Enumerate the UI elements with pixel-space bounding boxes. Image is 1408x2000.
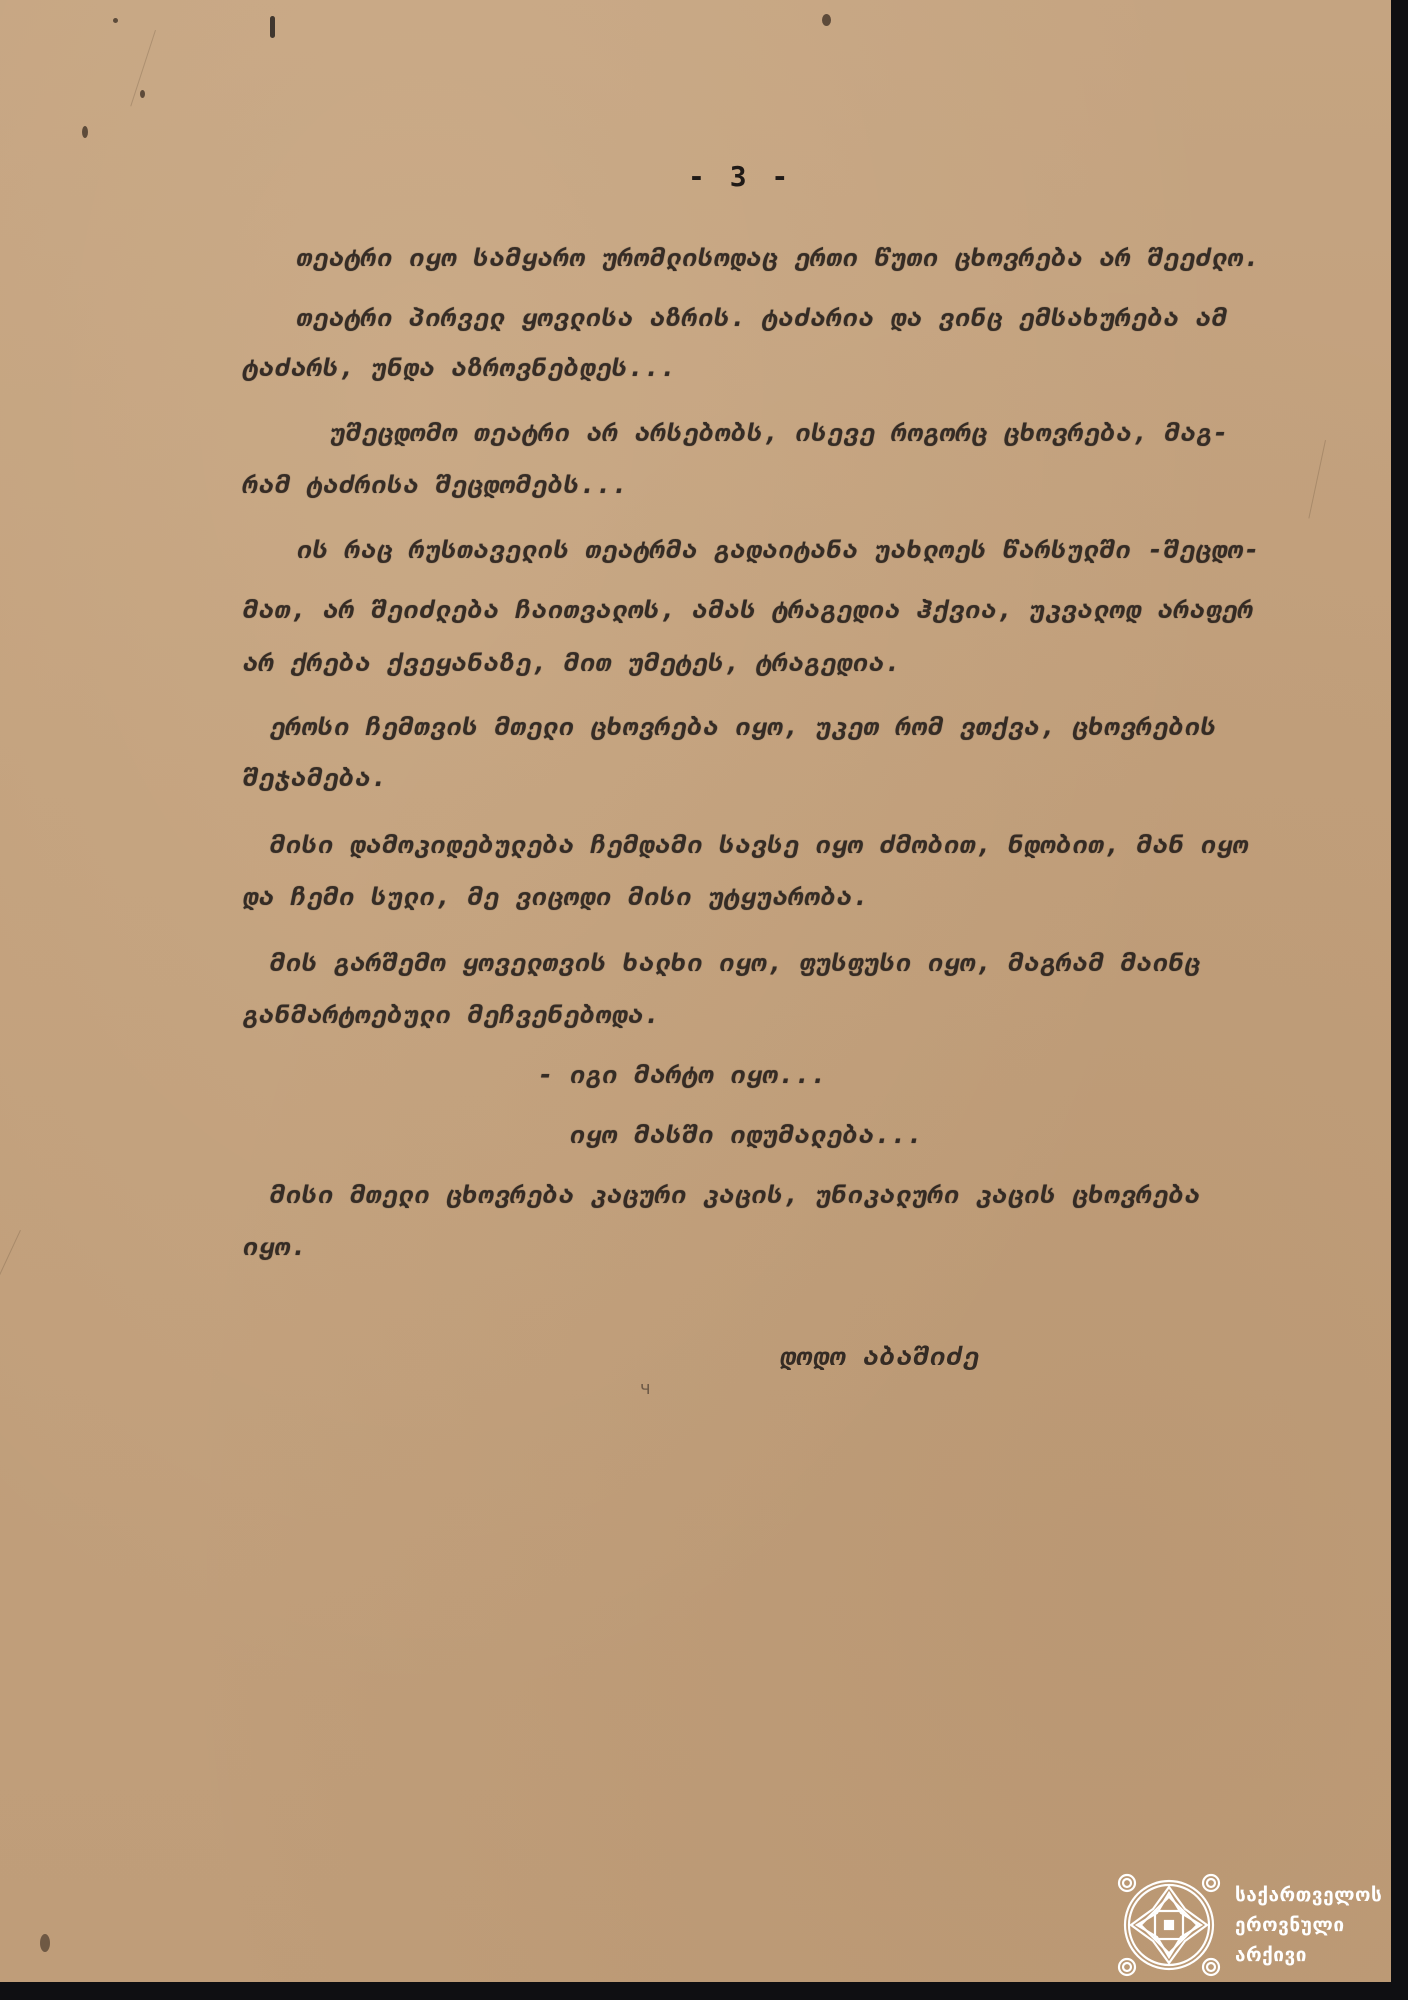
text-line: განმარტოებული მეჩვენებოდა.	[243, 1000, 660, 1029]
national-archives-logo: საქართველოს ეროვნული არქივი	[1115, 1870, 1375, 1980]
paper-crease	[0, 1230, 21, 1339]
text-line: ეროსი ჩემთვის მთელი ცხოვრება იყო, უკეთ რ…	[270, 712, 1217, 741]
ink-spot	[140, 90, 145, 98]
text-line: იყო მასში იდუმალება...	[570, 1120, 923, 1149]
text-line: და ჩემი სული, მე ვიცოდი მისი უტყუარობა.	[243, 882, 869, 911]
paper-crease	[1308, 440, 1326, 518]
archive-name: საქართველოს ეროვნული არქივი	[1235, 1880, 1382, 1970]
ink-spot	[40, 1934, 50, 1952]
text-line: რამ ტაძრისა შეცდომებს...	[243, 470, 628, 499]
archive-name-line3: არქივი	[1235, 1940, 1382, 1970]
author-signature: დოდო აბაშიძე	[780, 1342, 980, 1372]
ink-spot	[82, 126, 88, 138]
text-line: შეჯამება.	[243, 763, 387, 792]
text-line: მისი დამოკიდებულება ჩემდამი სავსე იყო ძმ…	[270, 830, 1249, 859]
text-line: თეატრი პირველ ყოვლისა აზრის. ტაძარია და …	[297, 303, 1228, 332]
text-line: ტაძარს, უნდა აზროვნებდეს...	[243, 353, 676, 382]
ink-spot	[270, 16, 275, 38]
text-line: მათ, არ შეიძლება ჩაითვალოს, ამას ტრაგედი…	[243, 595, 1254, 624]
text-line: მის გარშემო ყოველთვის ხალხი იყო, ფუსფუსი…	[270, 948, 1201, 977]
pencil-mark: ч	[640, 1378, 651, 1399]
text-line: - იგი მარტო იყო...	[538, 1060, 827, 1089]
text-line: მისი მთელი ცხოვრება კაცური კაცის, უნიკალ…	[270, 1180, 1201, 1209]
text-line: იყო.	[243, 1232, 307, 1261]
text-line: თეატრი იყო სამყარო ურომლისოდაც ერთი წუთი…	[297, 243, 1260, 272]
page-number: - 3 -	[688, 160, 792, 193]
archive-emblem-icon	[1115, 1871, 1223, 1979]
text-line: ის რაც რუსთაველის თეატრმა გადაიტანა უახლ…	[297, 535, 1260, 564]
archive-name-line1: საქართველოს	[1235, 1880, 1382, 1910]
archive-name-line2: ეროვნული	[1235, 1910, 1382, 1940]
ink-spot	[822, 14, 831, 26]
text-line: არ ქრება ქვეყანაზე, მით უმეტეს, ტრაგედია…	[243, 648, 901, 677]
text-line: უშეცდომო თეატრი არ არსებობს, ისევე როგორ…	[330, 418, 1229, 447]
document-page: - 3 - თეატრი იყო სამყარო ურომლისოდაც ერთ…	[0, 0, 1391, 1982]
ink-spot	[113, 18, 118, 23]
